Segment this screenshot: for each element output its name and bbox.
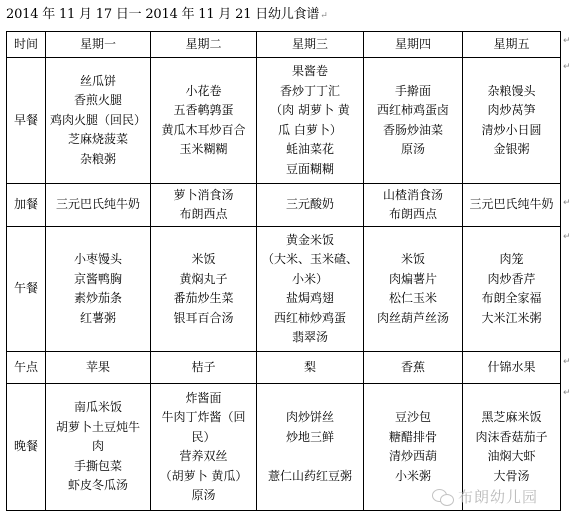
dish-item: （大米、玉米碴、 xyxy=(259,250,361,270)
menu-cell: 什锦水果 xyxy=(463,352,561,384)
dish-item: 牛肉丁炸酱（回 xyxy=(153,408,254,428)
dish-item: 三元酸奶 xyxy=(259,195,361,215)
dish-item: 肉笼 xyxy=(465,250,558,270)
dish-item: 香蕉 xyxy=(366,358,460,378)
dish-item: 小米） xyxy=(259,270,361,290)
menu-cell: 梨 xyxy=(257,352,364,384)
meal-label: 晚餐 xyxy=(7,384,46,511)
dish-item: 松仁玉米 xyxy=(366,289,460,309)
dish-item: 肉丝葫芦丝汤 xyxy=(366,309,460,329)
title-text: 2014 年 11 月 17 日一 2014 年 11 月 21 日幼儿食谱 xyxy=(6,7,319,22)
header-row: 时间星期一星期二星期三星期四星期五 xyxy=(7,32,561,58)
dish-item: 香炒丁丁汇 xyxy=(259,82,361,102)
dish-item: 三元巴氏纯牛奶 xyxy=(465,195,558,215)
dish-item: 丝瓜饼 xyxy=(48,72,148,92)
header-day: 星期二 xyxy=(151,32,257,58)
dish-item: 大米江米粥 xyxy=(465,309,558,329)
dish-item: 三元巴氏纯牛奶 xyxy=(48,195,148,215)
menu-cell: 手擀面西红柿鸡蛋卤香肠炒油菜原汤 xyxy=(364,58,463,184)
menu-cell: 肉笼肉炒香芹布朗全家福大米江米粥 xyxy=(463,227,561,352)
meal-row: 早餐丝瓜饼香煎火腿鸡肉火腿（回民）芝麻烧菠菜杂粮粥小花卷五香鹌鹑蛋黄瓜木耳炒百合… xyxy=(7,58,561,184)
dish-item: 五香鹌鹑蛋 xyxy=(153,101,254,121)
dish-item: 虾皮冬瓜汤 xyxy=(48,476,148,496)
dish-item: 豆面糊糊 xyxy=(259,160,361,180)
dish-item: 清炒小日圆 xyxy=(465,121,558,141)
header-time: 时间 xyxy=(7,32,46,58)
dish-item: 黄焖丸子 xyxy=(153,270,254,290)
meal-row: 加餐三元巴氏纯牛奶萝卜消食汤布朗西点三元酸奶山楂消食汤布朗西点三元巴氏纯牛奶 xyxy=(7,184,561,227)
menu-cell: 米饭肉煸薯片松仁玉米肉丝葫芦丝汤 xyxy=(364,227,463,352)
dish-item: 果酱卷 xyxy=(259,62,361,82)
dish-item: 胡萝卜土豆炖牛 xyxy=(48,418,148,438)
menu-cell: 三元巴氏纯牛奶 xyxy=(46,184,151,227)
dish-item: （胡萝卜 黄瓜） xyxy=(153,467,254,487)
menu-cell: 丝瓜饼香煎火腿鸡肉火腿（回民）芝麻烧菠菜杂粮粥 xyxy=(46,58,151,184)
meal-row: 午餐小枣馒头京酱鸭胸素炒茄条红薯粥米饭黄焖丸子番茄炒生菜银耳百合汤黄金米饭（大米… xyxy=(7,227,561,352)
row-end-mark-icon: ↵ xyxy=(563,357,571,367)
dish-item: 清炒西葫 xyxy=(366,447,460,467)
dish-item: 银耳百合汤 xyxy=(153,309,254,329)
menu-cell: 香蕉 xyxy=(364,352,463,384)
dish-item: 黄瓜木耳炒百合 xyxy=(153,121,254,141)
dish-item: 梨 xyxy=(259,358,361,378)
dish-item: 鸡肉火腿（回民） xyxy=(48,111,148,131)
menu-cell: 果酱卷香炒丁丁汇（肉 胡萝卜 黄瓜 白萝卜）蚝油菜花豆面糊糊 xyxy=(257,58,364,184)
dish-item: 原汤 xyxy=(153,486,254,506)
dish-item xyxy=(259,447,361,467)
dish-item: 香肠炒油菜 xyxy=(366,121,460,141)
dish-item: 炸酱面 xyxy=(153,389,254,409)
dish-item: 布朗西点 xyxy=(153,205,254,225)
dish-item: 红薯粥 xyxy=(48,309,148,329)
dish-item: 肉炒香芹 xyxy=(465,270,558,290)
header-day: 星期三 xyxy=(257,32,364,58)
dish-item: 布朗西点 xyxy=(366,205,460,225)
document-title: 2014 年 11 月 17 日一 2014 年 11 月 21 日幼儿食谱↵ xyxy=(6,6,328,25)
dish-item: 豆沙包 xyxy=(366,408,460,428)
dish-item: 萝卜消食汤 xyxy=(153,186,254,206)
meal-row: 午点苹果桔子梨香蕉什锦水果 xyxy=(7,352,561,384)
header-day: 星期一 xyxy=(46,32,151,58)
meal-label: 加餐 xyxy=(7,184,46,227)
dish-item: 布朗全家福 xyxy=(465,289,558,309)
dish-item: 小枣馒头 xyxy=(48,250,148,270)
header-day: 星期四 xyxy=(364,32,463,58)
menu-cell: 米饭黄焖丸子番茄炒生菜银耳百合汤 xyxy=(151,227,257,352)
dish-item: 黄金米饭 xyxy=(259,231,361,251)
menu-cell: 萝卜消食汤布朗西点 xyxy=(151,184,257,227)
dish-item: 金银粥 xyxy=(465,140,558,160)
menu-table: 时间星期一星期二星期三星期四星期五早餐丝瓜饼香煎火腿鸡肉火腿（回民）芝麻烧菠菜杂… xyxy=(6,31,561,511)
wechat-icon xyxy=(432,489,454,505)
dish-item: （肉 胡萝卜 黄 xyxy=(259,101,361,121)
dish-item: 素炒茄条 xyxy=(48,289,148,309)
dish-item: 黑芝麻米饭 xyxy=(465,408,558,428)
dish-item: 西红柿炒鸡蛋 xyxy=(259,309,361,329)
menu-cell: 肉炒饼丝炒地三鲜薏仁山药红豆粥 xyxy=(257,384,364,511)
dish-item: 什锦水果 xyxy=(465,358,558,378)
menu-cell: 杂粮馒头肉炒莴笋清炒小日圆金银粥 xyxy=(463,58,561,184)
dish-item: 芝麻烧菠菜 xyxy=(48,130,148,150)
watermark-text: 布朗幼儿园 xyxy=(458,486,538,507)
menu-cell: 小花卷五香鹌鹑蛋黄瓜木耳炒百合玉米糊糊 xyxy=(151,58,257,184)
meal-label: 午餐 xyxy=(7,227,46,352)
menu-cell: 炸酱面牛肉丁炸酱（回民）营养双丝（胡萝卜 黄瓜）原汤 xyxy=(151,384,257,511)
menu-cell: 三元巴氏纯牛奶 xyxy=(463,184,561,227)
dish-item: 肉炒饼丝 xyxy=(259,408,361,428)
dish-item: 肉煸薯片 xyxy=(366,270,460,290)
dish-item: 翡翠汤 xyxy=(259,328,361,348)
menu-cell: 南瓜米饭胡萝卜土豆炖牛肉手撕包菜虾皮冬瓜汤 xyxy=(46,384,151,511)
menu-cell: 三元酸奶 xyxy=(257,184,364,227)
row-end-mark-icon: ↵ xyxy=(563,36,571,46)
dish-item: 手撕包菜 xyxy=(48,457,148,477)
menu-cell: 苹果 xyxy=(46,352,151,384)
header-day: 星期五 xyxy=(463,32,561,58)
dish-item: 肉沫香菇茄子 xyxy=(465,428,558,448)
menu-cell: 山楂消食汤布朗西点 xyxy=(364,184,463,227)
dish-item: 米饭 xyxy=(366,250,460,270)
dish-item: 薏仁山药红豆粥 xyxy=(259,467,361,487)
dish-item: 米饭 xyxy=(153,250,254,270)
dish-item: 小花卷 xyxy=(153,82,254,102)
dish-item: 营养双丝 xyxy=(153,447,254,467)
dish-item: 苹果 xyxy=(48,358,148,378)
watermark: 布朗幼儿园 xyxy=(432,486,538,507)
dish-item: 原汤 xyxy=(366,140,460,160)
dish-item: 炒地三鲜 xyxy=(259,428,361,448)
dish-item: 桔子 xyxy=(153,358,254,378)
meal-label: 午点 xyxy=(7,352,46,384)
dish-item: 蚝油菜花 xyxy=(259,140,361,160)
menu-cell: 小枣馒头京酱鸭胸素炒茄条红薯粥 xyxy=(46,227,151,352)
dish-item: 糖醋排骨 xyxy=(366,428,460,448)
dish-item: 瓜 白萝卜） xyxy=(259,121,361,141)
dish-item: 京酱鸭胸 xyxy=(48,270,148,290)
row-end-mark-icon: ↵ xyxy=(563,198,571,208)
dish-item: 番茄炒生菜 xyxy=(153,289,254,309)
dish-item: 肉炒莴笋 xyxy=(465,101,558,121)
dish-item: 盐焗鸡翅 xyxy=(259,289,361,309)
dish-item: 大骨汤 xyxy=(465,467,558,487)
dish-item: 西红柿鸡蛋卤 xyxy=(366,101,460,121)
menu-cell: 桔子 xyxy=(151,352,257,384)
dish-item: 杂粮粥 xyxy=(48,150,148,170)
row-end-mark-icon: ↵ xyxy=(563,62,571,72)
dish-item: 玉米糊糊 xyxy=(153,140,254,160)
dish-item: 杂粮馒头 xyxy=(465,82,558,102)
dish-item: 手擀面 xyxy=(366,82,460,102)
dish-item: 民） xyxy=(153,428,254,448)
dish-item: 山楂消食汤 xyxy=(366,186,460,206)
dish-item: 香煎火腿 xyxy=(48,91,148,111)
dish-item: 南瓜米饭 xyxy=(48,398,148,418)
paragraph-mark-icon: ↵ xyxy=(320,11,327,21)
dish-item: 油焖大虾 xyxy=(465,447,558,467)
dish-item: 肉 xyxy=(48,437,148,457)
dish-item: 小米粥 xyxy=(366,467,460,487)
row-end-mark-icon: ↵ xyxy=(563,232,571,242)
row-end-mark-icon: ↵ xyxy=(563,388,571,398)
menu-cell: 黄金米饭（大米、玉米碴、小米）盐焗鸡翅西红柿炒鸡蛋翡翠汤 xyxy=(257,227,364,352)
meal-label: 早餐 xyxy=(7,58,46,184)
